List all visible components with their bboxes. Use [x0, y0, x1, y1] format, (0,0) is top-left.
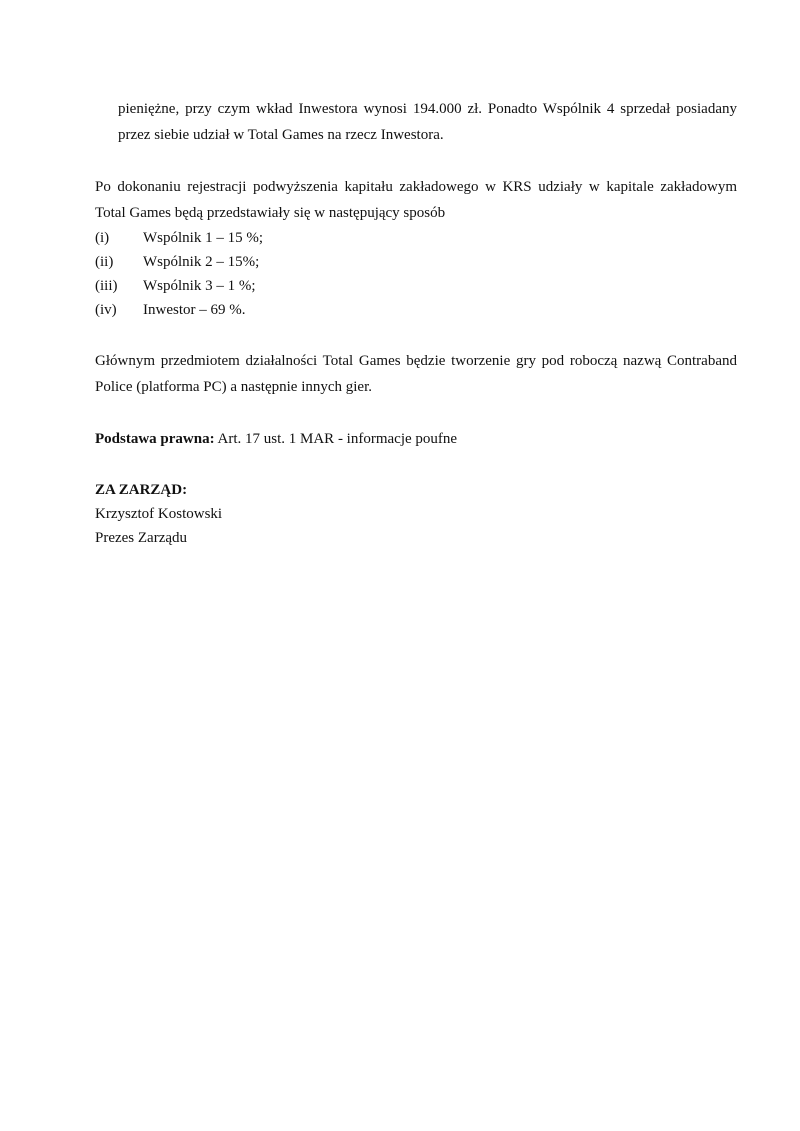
list-item-number: (iv): [95, 298, 143, 322]
spacer: [95, 452, 737, 478]
spacer: [95, 148, 737, 174]
signatory-name: Krzysztof Kostowski: [95, 502, 737, 526]
list-item: (iii) Wspólnik 3 – 1 %;: [95, 274, 737, 298]
spacer: [95, 322, 737, 348]
signatory-role: Prezes Zarządu: [95, 526, 737, 550]
shares-list: (i) Wspólnik 1 – 15 %; (ii) Wspólnik 2 –…: [95, 226, 737, 322]
legal-basis-text: Art. 17 ust. 1 MAR - informacje poufne: [215, 431, 457, 447]
list-item-text: Wspólnik 2 – 15%;: [143, 250, 259, 274]
list-item-text: Wspólnik 1 – 15 %;: [143, 226, 263, 250]
shares-paragraph: Po dokonaniu rejestracji podwyższenia ka…: [95, 174, 737, 226]
document-page: pieniężne, przy czym wkład Inwestora wyn…: [95, 96, 737, 550]
spacer: [95, 400, 737, 426]
activity-paragraph: Głównym przedmiotem działalności Total G…: [95, 348, 737, 400]
list-item-number: (iii): [95, 274, 143, 298]
list-item-number: (ii): [95, 250, 143, 274]
legal-basis: Podstawa prawna: Art. 17 ust. 1 MAR - in…: [95, 426, 737, 452]
intro-paragraph: pieniężne, przy czym wkład Inwestora wyn…: [95, 96, 737, 148]
list-item: (i) Wspólnik 1 – 15 %;: [95, 226, 737, 250]
legal-basis-label: Podstawa prawna:: [95, 431, 215, 447]
list-item-text: Inwestor – 69 %.: [143, 298, 245, 322]
list-item: (iv) Inwestor – 69 %.: [95, 298, 737, 322]
list-item: (ii) Wspólnik 2 – 15%;: [95, 250, 737, 274]
list-item-text: Wspólnik 3 – 1 %;: [143, 274, 256, 298]
list-item-number: (i): [95, 226, 143, 250]
signature-heading: ZA ZARZĄD:: [95, 478, 737, 502]
